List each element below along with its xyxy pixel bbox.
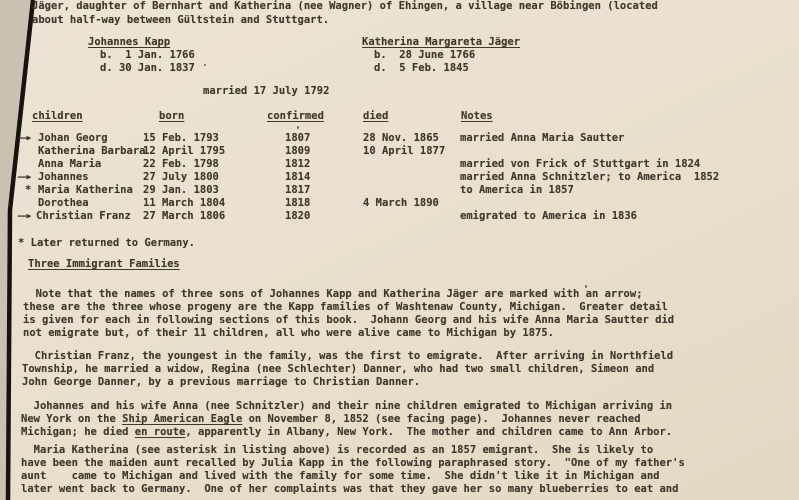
paragraph-line: Township, he married a widow, Regina (ne… [22, 363, 654, 376]
died-date: 10 April 1877 [363, 145, 445, 158]
notes-text: married Anna Schnitzler; to America 1852 [460, 171, 719, 184]
paragraph-line: not emigrate but, of their 11 children, … [23, 327, 554, 340]
born-date: 27 July 1800 [143, 171, 219, 184]
died-date: 4 March 1890 [363, 197, 439, 210]
arrow-marker: → [17, 171, 32, 184]
paragraph-line: Johannes and his wife Anna (nee Schnitzl… [21, 400, 672, 413]
scan-speck [297, 126, 299, 129]
child-name: Christian Franz [36, 210, 131, 223]
mother-born: b. 28 June 1766 [374, 49, 475, 62]
confirmed-year: 1817 [285, 184, 310, 197]
child-name: Dorothea [38, 197, 89, 210]
notes-text: to America in 1857 [460, 184, 574, 197]
confirmed-year: 1818 [285, 197, 310, 210]
marriage-line: married 17 July 1792 [203, 85, 329, 98]
paragraph-line: is given for each in following sections … [23, 314, 674, 327]
confirmed-year: 1807 [285, 132, 310, 145]
child-name: Katherina Barbara [38, 145, 145, 158]
born-date: 12 April 1795 [143, 145, 225, 158]
child-name: Johannes [38, 171, 89, 184]
arrow-marker: → [17, 210, 32, 223]
died-date: 28 Nov. 1865 [363, 132, 439, 145]
born-date: 11 March 1804 [143, 197, 225, 210]
paragraph-line: Maria Katherina (see asterisk in listing… [21, 444, 653, 457]
section-heading: Three Immigrant Families [28, 258, 180, 271]
confirmed-year: 1820 [285, 210, 310, 223]
mother-died: d. 5 Feb. 1845 [374, 62, 469, 75]
ship-name: Ship American Eagle [122, 413, 242, 425]
born-date: 22 Feb. 1798 [143, 158, 219, 171]
child-name: Anna Maria [38, 158, 101, 171]
text-segment: on November 8, 1852 (see facing page). J… [242, 413, 640, 425]
asterisk-footnote: * Later returned to Germany. [18, 237, 195, 250]
text-segment: Michigan; he died [21, 426, 135, 438]
born-date: 15 Feb. 1793 [143, 132, 219, 145]
paragraph-line: Michigan; he died en route, apparently i… [21, 426, 672, 439]
col-header-confirmed: confirmed [267, 110, 324, 123]
paragraph-line: aunt came to Michigan and lived with the… [21, 470, 659, 483]
child-name: Maria Katherina [38, 184, 133, 197]
col-header-died: died [363, 110, 388, 123]
born-date: 29 Jan. 1803 [143, 184, 219, 197]
notes-text: married von Frick of Stuttgart in 1824 [460, 158, 700, 171]
father-name: Johannes Kapp [88, 36, 170, 49]
child-name: Johan Georg [38, 132, 108, 145]
col-header-notes: Notes [461, 110, 493, 123]
scanned-document-page: Jäger, daughter of Bernhart and Katherin… [0, 0, 799, 500]
confirmed-year: 1812 [285, 158, 310, 171]
col-header-children: children [32, 110, 83, 123]
notes-text: emigrated to America in 1836 [460, 210, 637, 223]
born-date: 27 March 1806 [143, 210, 225, 223]
paragraph-line: Christian Franz, the youngest in the fam… [22, 350, 673, 363]
scan-speck [585, 285, 587, 288]
col-header-born: born [159, 110, 184, 123]
intro-line: about half-way between Gültstein and Stu… [32, 14, 329, 27]
paragraph-line: John George Danner, by a previous marria… [22, 376, 420, 389]
father-died: d. 30 Jan. 1837 [100, 62, 195, 75]
intro-line: Jäger, daughter of Bernhart and Katherin… [32, 0, 658, 13]
text-segment: , apparently in Albany, New York. The mo… [185, 426, 672, 438]
paragraph-line: Note that the names of three sons of Joh… [23, 288, 643, 301]
paragraph-line: have been the maiden aunt recalled by Ju… [21, 457, 685, 470]
en-route-phrase: en route [135, 426, 186, 438]
confirmed-year: 1814 [285, 171, 310, 184]
text-segment: New York on the [21, 413, 122, 425]
arrow-marker: → [17, 132, 32, 145]
confirmed-year: 1809 [285, 145, 310, 158]
paragraph-line: these are the three whose progeny are th… [23, 301, 668, 314]
asterisk-marker: * [25, 184, 31, 197]
mother-name: Katherina Margareta Jäger [362, 36, 520, 49]
father-born: b. 1 Jan. 1766 [100, 49, 195, 62]
paragraph-line: New York on the Ship American Eagle on N… [21, 413, 641, 426]
notes-text: married Anna Maria Sautter [460, 132, 624, 145]
paragraph-line: later went back to Germany. One of her c… [21, 483, 678, 496]
scan-speck [204, 64, 206, 66]
